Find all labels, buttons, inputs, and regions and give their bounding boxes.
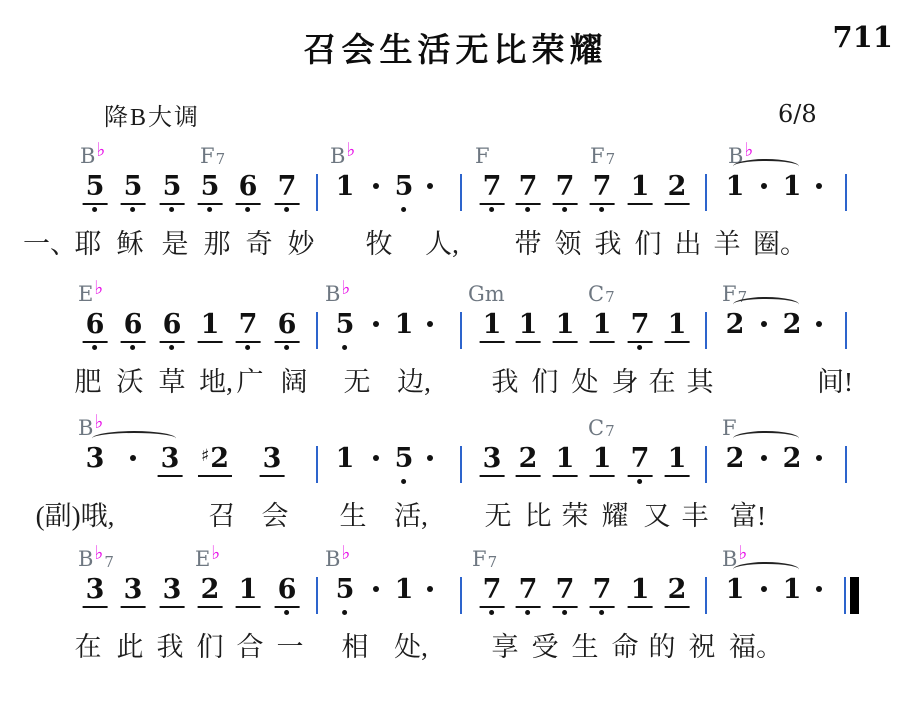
note-digit: 1 — [631, 576, 650, 603]
lyric-syllable: 我 — [157, 631, 184, 663]
note-digit: 5 — [395, 445, 414, 472]
augmentation-dot — [373, 455, 379, 461]
note-number: 1 — [668, 309, 687, 340]
lyric-syllable: 圈。 — [753, 228, 807, 260]
note-digit: 1 — [395, 576, 414, 603]
chord-symbol: E♭ — [78, 284, 103, 305]
chord-root: F — [472, 547, 487, 571]
note-digit: 2 — [201, 576, 220, 603]
chord-root: Gm — [468, 282, 505, 306]
lyric-syllable: 福。 — [729, 631, 783, 663]
note-digit: 1 — [783, 173, 802, 200]
lyric-syllable: 相 — [342, 631, 369, 663]
lyric-syllable: 在 — [75, 631, 102, 663]
note-number: 1 — [593, 309, 612, 340]
note-digit: 1 — [201, 311, 220, 338]
lyric-syllable: 富! — [730, 500, 766, 532]
note-number: 3 — [263, 443, 282, 474]
flat-icon: ♭ — [211, 542, 220, 564]
music-system: B♭C7F33♯231532117122(副)哦,召会生活,无比荣耀又丰富! — [0, 418, 911, 552]
chord-symbol: C7 — [588, 284, 615, 305]
lyric-syllable: 活, — [394, 500, 428, 532]
barline — [460, 312, 462, 349]
chord-symbol: F7 — [200, 146, 225, 167]
augmentation-dot — [816, 455, 822, 461]
barline — [460, 174, 462, 211]
chord-symbol: F7 — [590, 146, 615, 167]
note-digit: 1 — [336, 173, 355, 200]
chord-symbol: B♭ — [80, 146, 105, 167]
note-digit: 7 — [519, 576, 538, 603]
chord-root: E — [195, 547, 210, 571]
note-number: 5 — [395, 171, 414, 202]
chord-root: C — [588, 416, 604, 440]
chord-symbol: F7 — [472, 549, 497, 570]
note-digit: 1 — [556, 311, 575, 338]
chord-root: E — [78, 282, 93, 306]
augmentation-dot — [427, 183, 433, 189]
chord-root: B — [78, 547, 93, 571]
note-digit: 6 — [163, 311, 182, 338]
lyric-syllable: 合 — [237, 631, 264, 663]
lyric-syllable: 召 — [209, 500, 236, 532]
lyric-syllable: 边, — [397, 366, 431, 398]
note-number: 5 — [336, 309, 355, 340]
chord-seventh: 7 — [216, 150, 226, 168]
barline — [316, 577, 318, 614]
note-number: 3 — [163, 574, 182, 605]
chord-symbol: C7 — [588, 418, 615, 439]
augmentation-dot — [816, 321, 822, 327]
music-system: E♭B♭GmC7F76661765111117122肥沃草地,广阔无边,我们处身… — [0, 284, 911, 418]
note-digit: 3 — [124, 576, 143, 603]
note-number: 6 — [86, 309, 105, 340]
music-system: B♭F7B♭FF7B♭5555671577771211一、耶稣是那奇妙牧人,带领… — [0, 146, 911, 280]
note-digit: 3 — [163, 576, 182, 603]
note-digit: 3 — [86, 445, 105, 472]
lyric-syllable: 耶 — [75, 228, 102, 260]
note-number: 1 — [631, 171, 650, 202]
chord-root: F — [200, 144, 215, 168]
note-digit: 6 — [86, 311, 105, 338]
note-digit: 5 — [124, 173, 143, 200]
score: B♭F7B♭FF7B♭5555671577771211一、耶稣是那奇妙牧人,带领… — [0, 0, 911, 708]
barline — [845, 446, 847, 483]
note-digit: 5 — [86, 173, 105, 200]
lyric-syllable: 们 — [532, 366, 559, 398]
note-digit: 1 — [593, 311, 612, 338]
note-number: 1 — [726, 574, 745, 605]
note-digit: 3 — [263, 445, 282, 472]
lyric-syllable: 在 — [649, 366, 676, 398]
augmentation-dot — [130, 455, 136, 461]
note-digit: 5 — [336, 311, 355, 338]
note-digit: 1 — [593, 445, 612, 472]
note-number: 1 — [336, 171, 355, 202]
note-number: 1 — [336, 443, 355, 474]
lyric-syllable: 处 — [572, 366, 599, 398]
note-digit: 2 — [726, 311, 745, 338]
chord-symbol: F — [475, 146, 490, 167]
note-number: 1 — [593, 443, 612, 474]
note-digit: 3 — [86, 576, 105, 603]
note-number: 3 — [86, 574, 105, 605]
barline — [705, 174, 707, 211]
note-number: 2 — [783, 443, 802, 474]
barline — [705, 446, 707, 483]
note-number: 5 — [395, 443, 414, 474]
lyric-syllable: 间! — [817, 366, 853, 398]
note-number: 7 — [556, 171, 575, 202]
chord-seventh: 7 — [104, 553, 114, 571]
note-number: 3 — [86, 443, 105, 474]
chord-seventh: 7 — [605, 422, 615, 440]
note-number: 6 — [278, 574, 297, 605]
note-digit: 2 — [519, 445, 538, 472]
lyric-syllable: 沃 — [117, 366, 144, 398]
note-number: 6 — [163, 309, 182, 340]
augmentation-dot — [373, 183, 379, 189]
lyric-syllable: 其 — [687, 366, 714, 398]
augmentation-dot — [761, 321, 767, 327]
note-number: 1 — [556, 309, 575, 340]
note-number: 1 — [395, 309, 414, 340]
chord-symbol: B♭7 — [78, 549, 114, 570]
chord-symbol: B♭ — [330, 146, 355, 167]
note-number: 7 — [519, 574, 538, 605]
lyric-syllable: 命 — [612, 631, 639, 663]
lyric-syllable: 身 — [612, 366, 639, 398]
lyric-syllable: 的 — [649, 631, 676, 663]
chord-root: F — [475, 144, 490, 168]
note-number: 1 — [668, 443, 687, 474]
note-number: 1 — [556, 443, 575, 474]
note-number: 1 — [631, 574, 650, 605]
note-number: 5 — [124, 171, 143, 202]
lyric-syllable: 生 — [340, 500, 367, 532]
chord-symbol: B♭ — [325, 549, 350, 570]
note-number: 5 — [336, 574, 355, 605]
augmentation-dot — [816, 183, 822, 189]
lyric-syllable: 祝 — [689, 631, 716, 663]
note-number: 2 — [726, 443, 745, 474]
music-system: B♭7E♭B♭F7B♭3332165177771211在此我们合一相处,享受生命… — [0, 549, 911, 683]
note-number: 3 — [161, 443, 180, 474]
note-number: 7 — [519, 171, 538, 202]
note-number: 7 — [556, 574, 575, 605]
augmentation-dot — [373, 586, 379, 592]
chord-root: B — [80, 144, 95, 168]
note-digit: 7 — [239, 311, 258, 338]
note-number: 1 — [726, 171, 745, 202]
augmentation-dot — [816, 586, 822, 592]
note-digit: 5 — [336, 576, 355, 603]
note-digit: 7 — [278, 173, 297, 200]
lyric-syllable: 出 — [675, 228, 702, 260]
note-number: 6 — [278, 309, 297, 340]
barline — [705, 577, 707, 614]
note-digit: 7 — [556, 173, 575, 200]
note-digit: 6 — [239, 173, 258, 200]
note-number: 7 — [483, 171, 502, 202]
augmentation-dot — [427, 455, 433, 461]
note-number: 6 — [239, 171, 258, 202]
lyric-syllable: 比 — [525, 500, 552, 532]
flat-icon: ♭ — [94, 542, 103, 564]
note-digit: 1 — [726, 173, 745, 200]
lyric-syllable: 那 — [204, 228, 231, 260]
final-barline-thin — [844, 577, 846, 614]
lyric-syllable: 草 — [159, 366, 186, 398]
hymn-sheet-page: 召会生活无比荣耀 711 降B大调 6/8 B♭F7B♭FF7B♭5555671… — [0, 0, 911, 708]
note-number: 1 — [783, 574, 802, 605]
note-digit: 7 — [631, 311, 650, 338]
note-number: 2 — [726, 309, 745, 340]
lyric-syllable: 稣 — [117, 228, 144, 260]
barline — [316, 446, 318, 483]
chord-root: B — [325, 282, 340, 306]
flat-icon: ♭ — [341, 277, 350, 299]
lyric-syllable: 们 — [635, 228, 662, 260]
augmentation-dot — [761, 586, 767, 592]
note-number: 6 — [124, 309, 143, 340]
note-digit: 2 — [668, 173, 687, 200]
lyric-syllable: 会 — [262, 500, 289, 532]
lyric-syllable: 地, — [199, 366, 233, 398]
barline — [316, 174, 318, 211]
note-number: 3 — [124, 574, 143, 605]
note-number: 2 — [668, 171, 687, 202]
lyric-syllable: 领 — [555, 228, 582, 260]
lyric-syllable: 丰 — [682, 500, 709, 532]
note-digit: 2 — [783, 311, 802, 338]
chord-seventh: 7 — [606, 150, 616, 168]
chord-root: B — [330, 144, 345, 168]
note-digit: 5 — [201, 173, 220, 200]
chord-root: C — [588, 282, 604, 306]
chord-root: B — [78, 416, 93, 440]
note-number: 1 — [201, 309, 220, 340]
chord-symbol: B♭ — [325, 284, 350, 305]
note-digit: 6 — [278, 311, 297, 338]
note-digit: 1 — [783, 576, 802, 603]
note-number: 1 — [483, 309, 502, 340]
note-digit: 1 — [556, 445, 575, 472]
lyric-syllable: 肥 — [75, 366, 102, 398]
note-number: 5 — [201, 171, 220, 202]
lyric-syllable: 我 — [595, 228, 622, 260]
note-digit: 7 — [519, 173, 538, 200]
lyric-syllable: 阔 — [281, 366, 308, 398]
note-number: 2 — [519, 443, 538, 474]
lyric-syllable: 一 — [277, 631, 304, 663]
lyric-syllable: 们 — [197, 631, 224, 663]
flat-icon: ♭ — [744, 139, 753, 161]
note-digit: 1 — [519, 311, 538, 338]
note-number: 1 — [239, 574, 258, 605]
lyric-syllable: 荣 — [562, 500, 589, 532]
note-digit: ♯2 — [201, 445, 229, 472]
note-number: 7 — [631, 443, 650, 474]
barline — [316, 312, 318, 349]
note-number: 1 — [395, 574, 414, 605]
barline — [845, 312, 847, 349]
barline — [705, 312, 707, 349]
barline — [460, 577, 462, 614]
lyric-syllable: (副)哦, — [36, 500, 115, 532]
lyric-syllable: 耀 — [602, 500, 629, 532]
barline — [460, 446, 462, 483]
note-digit: 2 — [726, 445, 745, 472]
note-digit: 5 — [395, 173, 414, 200]
chord-seventh: 7 — [605, 288, 615, 306]
chord-root: F — [590, 144, 605, 168]
note-digit: 3 — [483, 445, 502, 472]
chord-symbol: Gm — [468, 284, 505, 305]
note-digit: 7 — [483, 173, 502, 200]
note-digit: 7 — [556, 576, 575, 603]
note-number: 1 — [519, 309, 538, 340]
lyric-syllable: 处, — [394, 631, 428, 663]
flat-icon: ♭ — [94, 277, 103, 299]
barline — [845, 174, 847, 211]
note-digit: 1 — [668, 445, 687, 472]
note-number: 7 — [631, 309, 650, 340]
augmentation-dot — [761, 183, 767, 189]
sharp-icon: ♯ — [201, 446, 209, 466]
note-digit: 1 — [239, 576, 258, 603]
lyric-syllable: 妙 — [288, 228, 315, 260]
lyric-syllable: 我 — [492, 366, 519, 398]
note-digit: 6 — [124, 311, 143, 338]
note-digit: 1 — [726, 576, 745, 603]
note-number: 5 — [86, 171, 105, 202]
lyric-syllable: 羊 — [714, 228, 741, 260]
note-digit: 7 — [631, 445, 650, 472]
lyric-syllable: 牧 — [366, 228, 393, 260]
note-digit: 1 — [668, 311, 687, 338]
flat-icon: ♭ — [96, 139, 105, 161]
lyric-syllable: 无 — [344, 366, 371, 398]
lyric-syllable: 广 — [237, 366, 264, 398]
flat-icon: ♭ — [341, 542, 350, 564]
augmentation-dot — [761, 455, 767, 461]
flat-icon: ♭ — [346, 139, 355, 161]
note-number: 7 — [593, 171, 612, 202]
flat-icon: ♭ — [94, 411, 103, 433]
note-number: 5 — [163, 171, 182, 202]
lyric-syllable: 人, — [425, 228, 459, 260]
chord-symbol: E♭ — [195, 549, 220, 570]
note-digit: 5 — [163, 173, 182, 200]
note-digit: 2 — [783, 445, 802, 472]
note-number: 3 — [483, 443, 502, 474]
note-digit: 3 — [161, 445, 180, 472]
augmentation-dot — [427, 586, 433, 592]
note-number: 2 — [783, 309, 802, 340]
note-digit: 1 — [395, 311, 414, 338]
note-digit: 1 — [631, 173, 650, 200]
note-number: 7 — [593, 574, 612, 605]
lyric-syllable: 此 — [117, 631, 144, 663]
note-number: 7 — [239, 309, 258, 340]
note-number: 7 — [483, 574, 502, 605]
lyric-syllable: 生 — [572, 631, 599, 663]
note-number: 1 — [783, 171, 802, 202]
note-number: 2 — [201, 574, 220, 605]
note-number: 7 — [278, 171, 297, 202]
note-digit: 6 — [278, 576, 297, 603]
note-digit: 7 — [483, 576, 502, 603]
augmentation-dot — [373, 321, 379, 327]
note-digit: 7 — [593, 173, 612, 200]
chord-root: B — [325, 547, 340, 571]
lyric-syllable: 奇 — [246, 228, 273, 260]
note-digit: 1 — [336, 445, 355, 472]
final-barline-thick — [850, 577, 859, 614]
lyric-syllable: 一、 — [23, 228, 77, 260]
note-number: 2 — [668, 574, 687, 605]
note-digit: 7 — [593, 576, 612, 603]
augmentation-dot — [427, 321, 433, 327]
flat-icon: ♭ — [738, 542, 747, 564]
lyric-syllable: 享 — [492, 631, 519, 663]
lyric-syllable: 无 — [485, 500, 512, 532]
note-digit: 2 — [668, 576, 687, 603]
note-digit: 1 — [483, 311, 502, 338]
lyric-syllable: 是 — [162, 228, 189, 260]
lyric-syllable: 受 — [532, 631, 559, 663]
lyric-syllable: 带 — [515, 228, 542, 260]
lyric-syllable: 又 — [644, 500, 671, 532]
chord-seventh: 7 — [488, 553, 498, 571]
note-number: 2 — [210, 443, 229, 474]
